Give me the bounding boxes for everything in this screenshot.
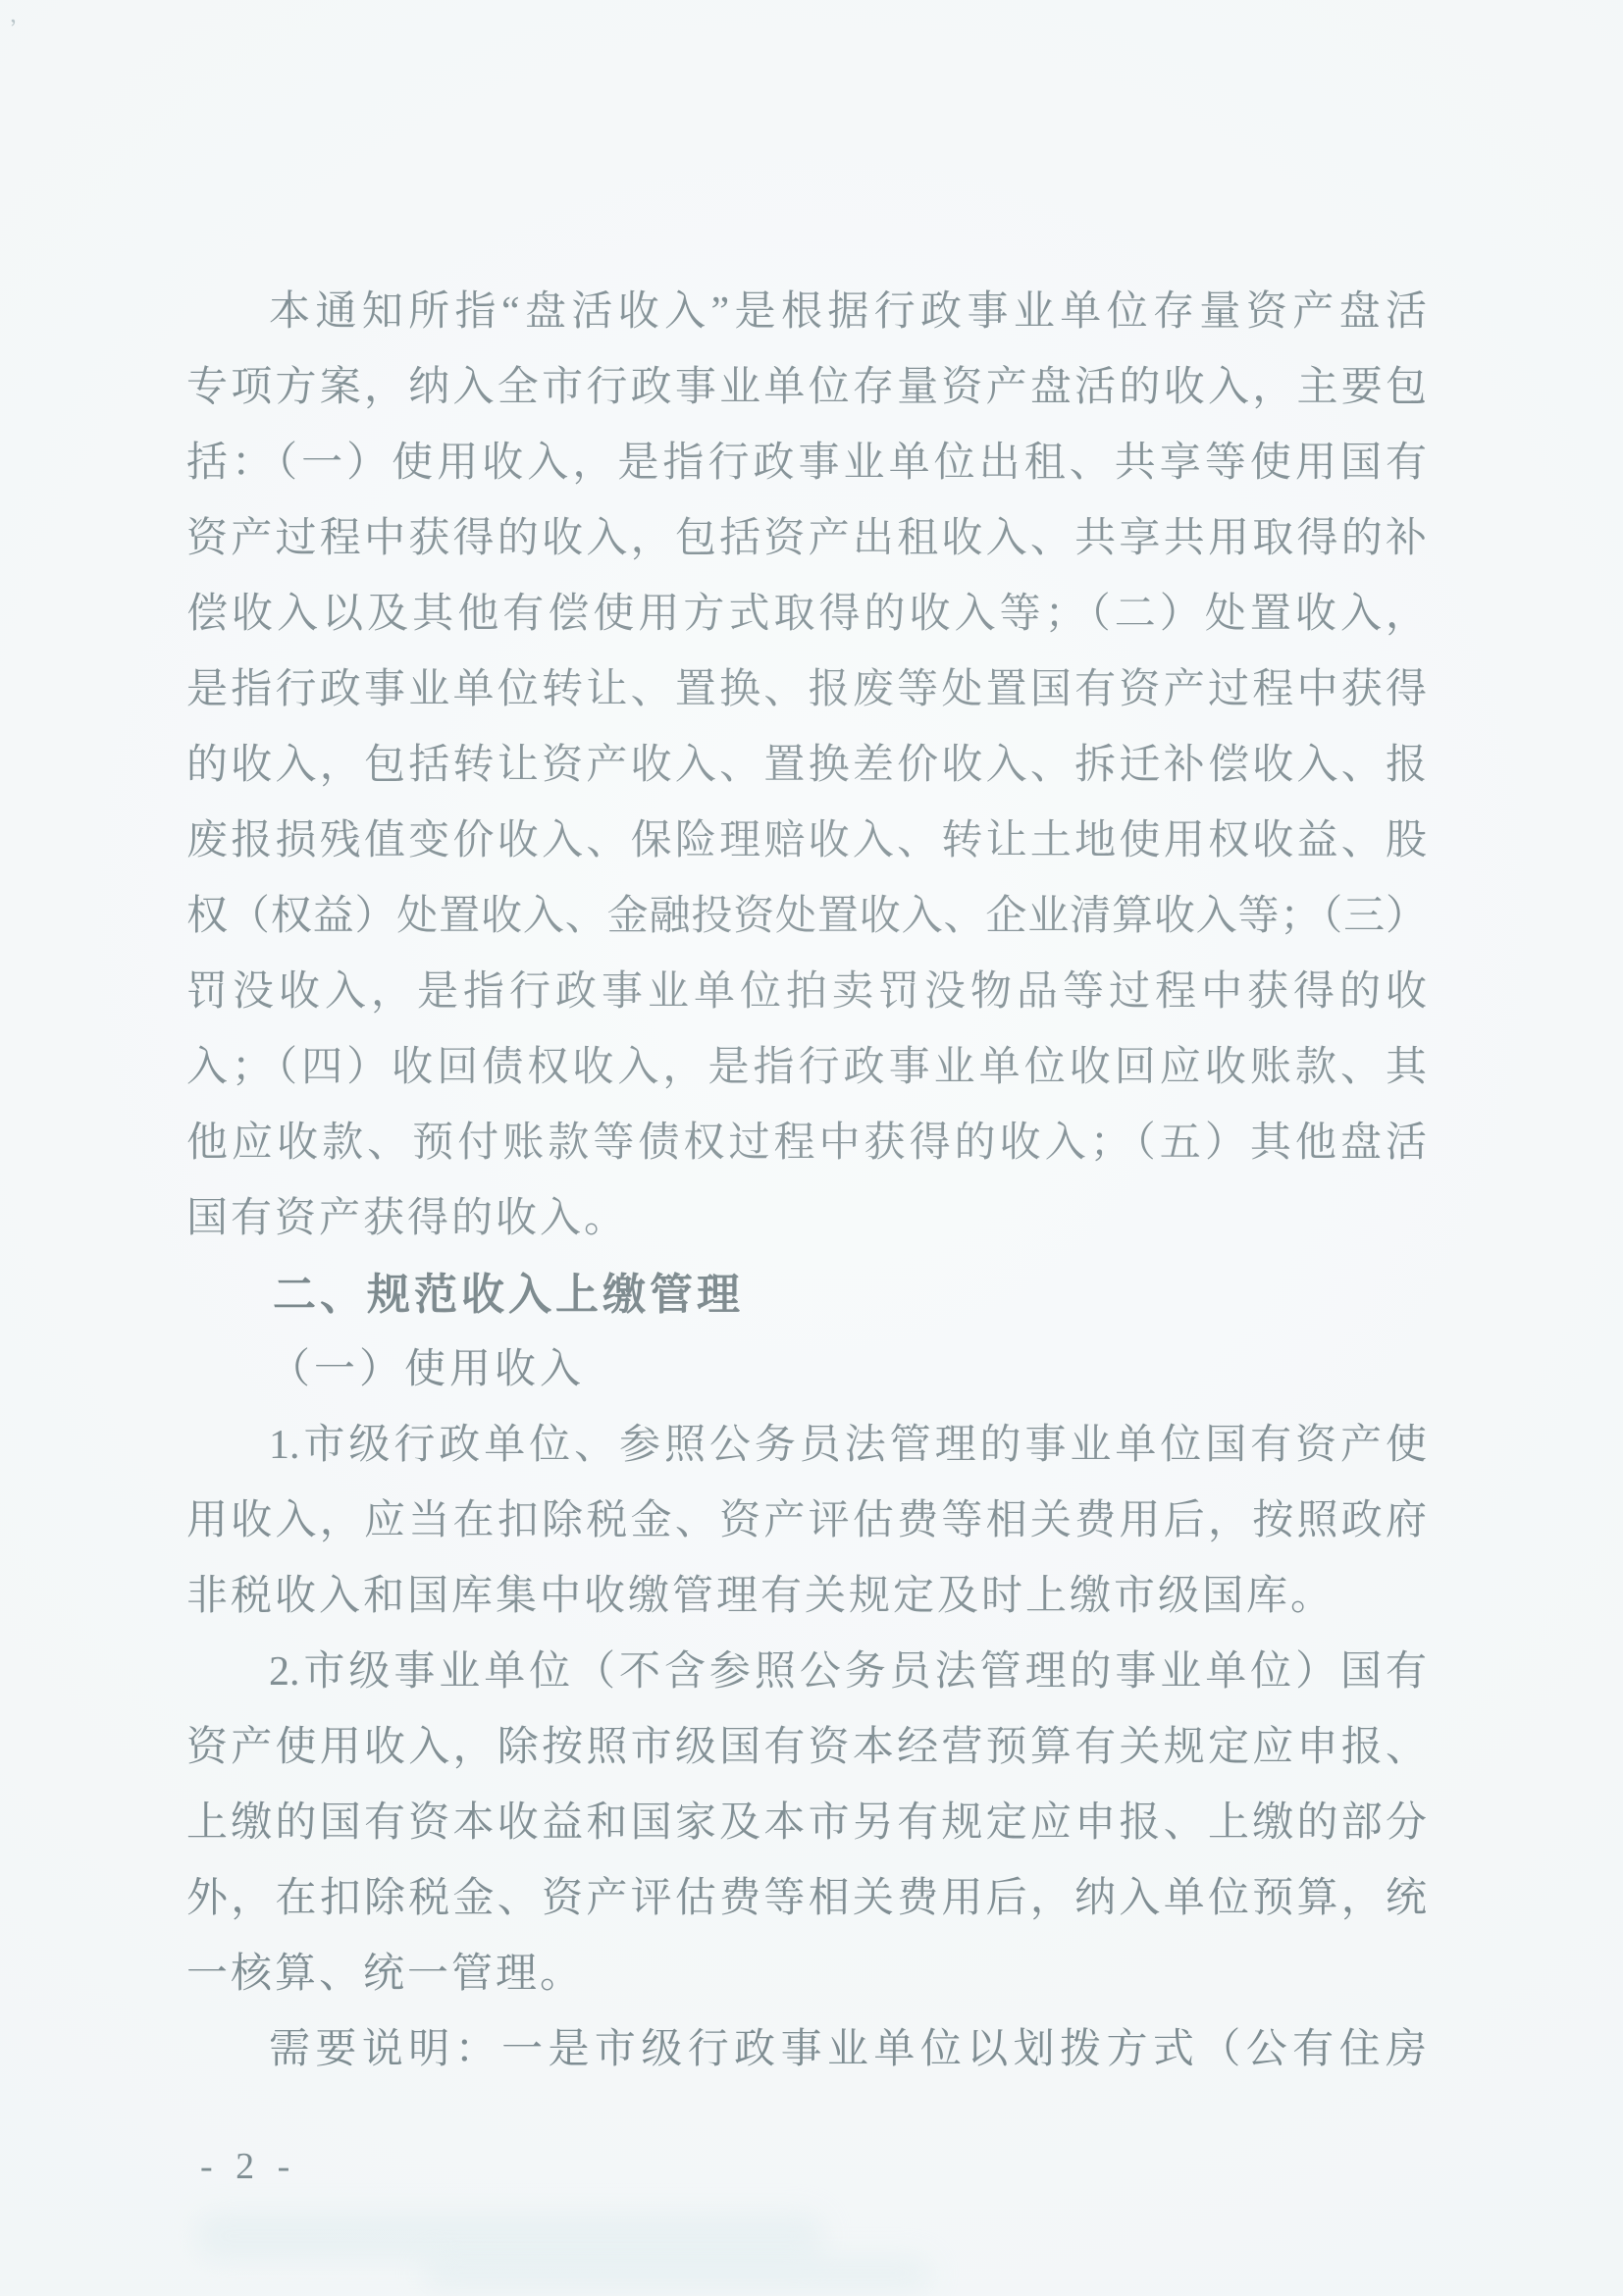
text-line: （一）使用收入 <box>186 1332 1427 1408</box>
text-line: 废报损残值变价收入、保险理赔收入、转让土地使用权收益、股 <box>186 804 1427 879</box>
document-page: ’ 本通知所指“盘活收入”是根据行政事业单位存量资产盘活专项方案，纳入全市行政事… <box>0 0 1623 2296</box>
text-line: 用收入，应当在扣除税金、资产评估费等相关费用后，按照政府 <box>186 1484 1427 1559</box>
text-line: 偿收入以及其他有偿使用方式取得的收入等；（二）处置收入， <box>186 577 1427 652</box>
text-line: 2.市级事业单位（不含参照公务员法管理的事业单位）国有 <box>186 1635 1427 1710</box>
text-line: 的收入，包括转让资产收入、置换差价收入、拆迁补偿收入、报 <box>186 728 1427 804</box>
scan-bleedthrough-artifact <box>422 2257 932 2290</box>
text-line: 专项方案，纳入全市行政事业单位存量资产盘活的收入，主要包 <box>186 350 1427 426</box>
text-line: 罚没收入，是指行政事业单位拍卖罚没物品等过程中获得的收 <box>186 955 1427 1030</box>
text-line: 国有资产获得的收入。 <box>186 1181 1427 1257</box>
text-line: 一核算、统一管理。 <box>186 1937 1427 2012</box>
text-line: 他应收款、预付账款等债权过程中获得的收入；（五）其他盘活 <box>186 1106 1427 1181</box>
page-number: - 2 - <box>200 2145 296 2188</box>
text-line: 资产过程中获得的收入，包括资产出租收入、共享共用取得的补 <box>186 501 1427 577</box>
text-line: 1.市级行政单位、参照公务员法管理的事业单位国有资产使 <box>186 1408 1427 1484</box>
scan-corner-artifact: ’ <box>8 14 21 44</box>
text-line: 权（权益）处置收入、金融投资处置收入、企业清算收入等；（三） <box>186 879 1427 955</box>
text-line: 上缴的国有资本收益和国家及本市另有规定应申报、上缴的部分 <box>186 1786 1427 1861</box>
text-line: 本通知所指“盘活收入”是根据行政事业单位存量资产盘活 <box>186 275 1427 350</box>
text-line: 外，在扣除税金、资产评估费等相关费用后，纳入单位预算，统 <box>186 1861 1427 1937</box>
text-line: 资产使用收入，除按照市级国有资本经营预算有关规定应申报、 <box>186 1710 1427 1786</box>
text-line: 括：（一）使用收入，是指行政事业单位出租、共享等使用国有 <box>186 426 1427 501</box>
scan-bleedthrough-artifact <box>196 2213 824 2260</box>
text-line: 二、规范收入上缴管理 <box>186 1257 1427 1332</box>
text-line: 需要说明：一是市级行政事业单位以划拨方式（公有住房 <box>186 2012 1427 2088</box>
text-line: 是指行政事业单位转让、置换、报废等处置国有资产过程中获得 <box>186 652 1427 728</box>
text-line: 入；（四）收回债权收入，是指行政事业单位收回应收账款、其 <box>186 1030 1427 1106</box>
text-block: 本通知所指“盘活收入”是根据行政事业单位存量资产盘活专项方案，纳入全市行政事业单… <box>186 275 1427 2088</box>
text-line: 非税收入和国库集中收缴管理有关规定及时上缴市级国库。 <box>186 1559 1427 1635</box>
